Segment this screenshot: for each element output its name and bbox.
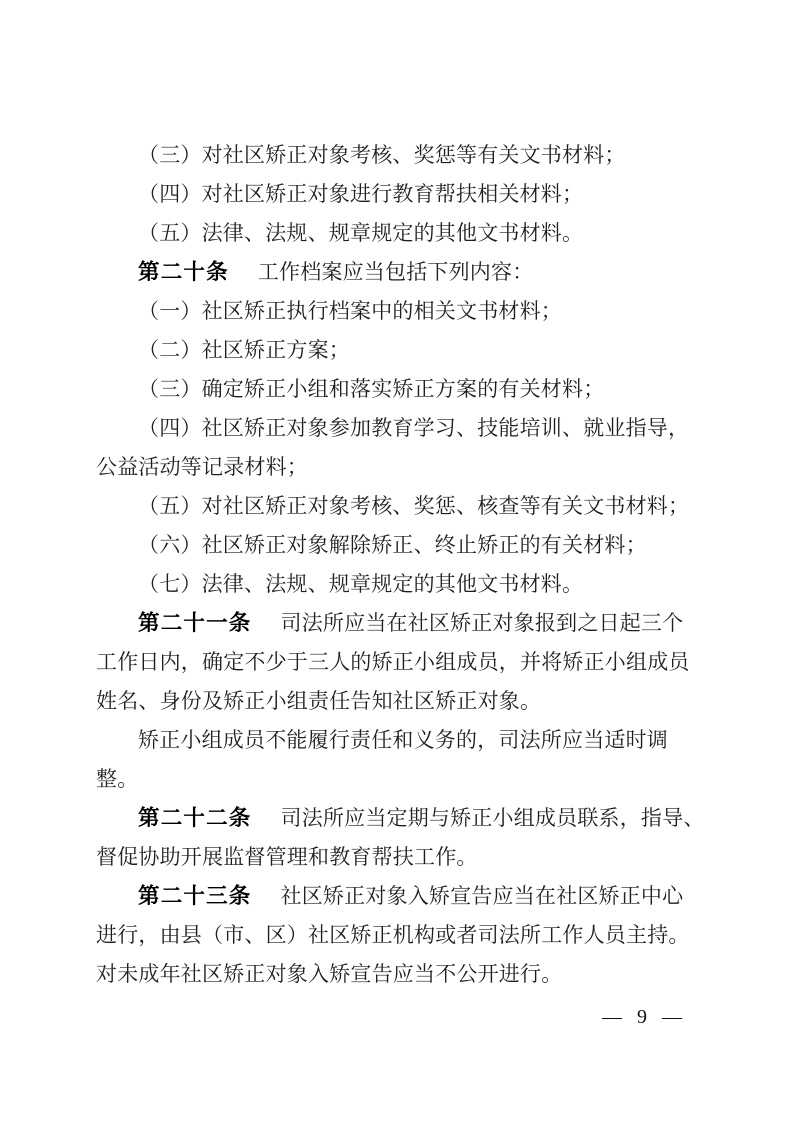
- document-line: （五）法律、法规、规章规定的其他文书材料。: [96, 214, 696, 253]
- page-content: （三）对社区矫正对象考核、奖惩等有关文书材料； （四）对社区矫正对象进行教育帮扶…: [96, 136, 696, 994]
- line-text: 工作档案应当包括下列内容：: [258, 260, 534, 284]
- article-number: 第二十条: [138, 260, 229, 284]
- document-line-article-20: 第二十条工作档案应当包括下列内容：: [96, 253, 696, 292]
- line-text: 司法所应当定期与矫正小组成员联系，指导、: [281, 806, 705, 830]
- line-text: 社区矫正对象入矫宣告应当在社区矫正中心: [281, 884, 684, 908]
- document-line: 整。: [96, 760, 696, 799]
- document-line: 矫正小组成员不能履行责任和义务的，司法所应当适时调: [96, 721, 696, 760]
- line-text: （六）社区矫正对象解除矫正、终止矫正的有关材料；: [138, 533, 647, 557]
- line-text: 工作日内，确定不少于三人的矫正小组成员，并将矫正小组成员: [96, 650, 690, 674]
- article-number: 第二十一条: [138, 611, 252, 635]
- line-text: （二）社区矫正方案；: [138, 338, 350, 362]
- line-text: （一）社区矫正执行档案中的相关文书材料；: [138, 299, 562, 323]
- document-page: （三）对社区矫正对象考核、奖惩等有关文书材料； （四）对社区矫正对象进行教育帮扶…: [0, 0, 793, 1122]
- document-line: （三）对社区矫正对象考核、奖惩等有关文书材料；: [96, 136, 696, 175]
- line-text: （四）对社区矫正对象进行教育帮扶相关材料；: [138, 182, 583, 206]
- document-line-article-23: 第二十三条社区矫正对象入矫宣告应当在社区矫正中心: [96, 877, 696, 916]
- line-text: 对未成年社区矫正对象入矫宣告应当不公开进行。: [96, 962, 562, 986]
- line-text: （三）确定矫正小组和落实矫正方案的有关材料；: [138, 377, 604, 401]
- line-text: 矫正小组成员不能履行责任和义务的，司法所应当适时调: [138, 728, 668, 752]
- document-line-article-22: 第二十二条司法所应当定期与矫正小组成员联系，指导、: [96, 799, 696, 838]
- document-line: （七）法律、法规、规章规定的其他文书材料。: [96, 565, 696, 604]
- line-text: （五）对社区矫正对象考核、奖惩、核查等有关文书材料；: [138, 494, 689, 518]
- document-line: 姓名、身份及矫正小组责任告知社区矫正对象。: [96, 682, 696, 721]
- line-text: 督促协助开展监督管理和教育帮扶工作。: [96, 845, 478, 869]
- line-text: 公益活动等记录材料；: [96, 455, 308, 479]
- line-text: 整。: [96, 767, 138, 791]
- line-text: 姓名、身份及矫正小组责任告知社区矫正对象。: [96, 689, 541, 713]
- document-line: （六）社区矫正对象解除矫正、终止矫正的有关材料；: [96, 526, 696, 565]
- page-number: — 9 —: [602, 1000, 683, 1034]
- article-number: 第二十二条: [138, 806, 252, 830]
- document-line: （二）社区矫正方案；: [96, 331, 696, 370]
- document-line: 工作日内，确定不少于三人的矫正小组成员，并将矫正小组成员: [96, 643, 696, 682]
- document-line: （三）确定矫正小组和落实矫正方案的有关材料；: [96, 370, 696, 409]
- document-line: （五）对社区矫正对象考核、奖惩、核查等有关文书材料；: [96, 487, 696, 526]
- document-line: （四）对社区矫正对象进行教育帮扶相关材料；: [96, 175, 696, 214]
- document-line: （一）社区矫正执行档案中的相关文书材料；: [96, 292, 696, 331]
- document-line: 公益活动等记录材料；: [96, 448, 696, 487]
- document-line: （四）社区矫正对象参加教育学习、技能培训、就业指导，: [96, 409, 696, 448]
- line-text: 进行，由县（市、区）社区矫正机构或者司法所工作人员主持。: [96, 923, 690, 947]
- document-line: 对未成年社区矫正对象入矫宣告应当不公开进行。: [96, 955, 696, 994]
- line-text: 司法所应当在社区矫正对象报到之日起三个: [281, 611, 684, 635]
- line-text: （五）法律、法规、规章规定的其他文书材料。: [138, 221, 583, 245]
- article-number: 第二十三条: [138, 884, 252, 908]
- line-text: （三）对社区矫正对象考核、奖惩等有关文书材料；: [138, 143, 626, 167]
- document-line-article-21: 第二十一条司法所应当在社区矫正对象报到之日起三个: [96, 604, 696, 643]
- document-line: 进行，由县（市、区）社区矫正机构或者司法所工作人员主持。: [96, 916, 696, 955]
- line-text: （四）社区矫正对象参加教育学习、技能培训、就业指导，: [138, 416, 689, 440]
- document-line: 督促协助开展监督管理和教育帮扶工作。: [96, 838, 696, 877]
- line-text: （七）法律、法规、规章规定的其他文书材料。: [138, 572, 583, 596]
